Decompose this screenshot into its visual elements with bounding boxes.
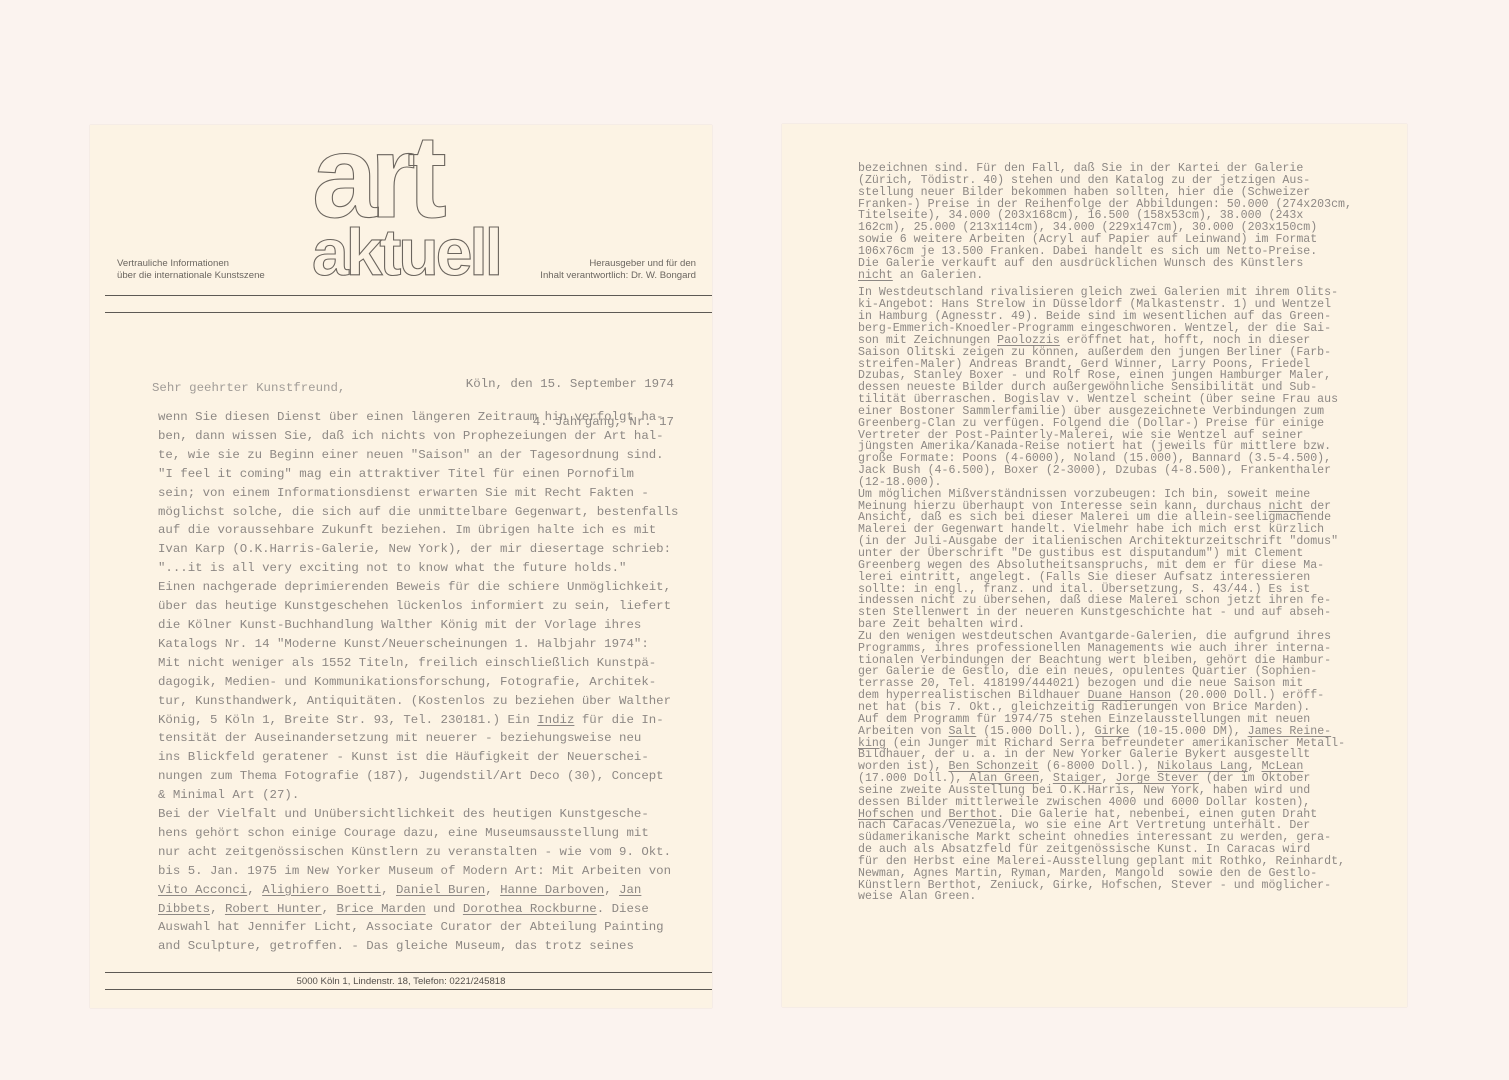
- text-line: Programms, ihres professionellen Managem…: [858, 643, 1352, 655]
- letter-body-continued: bezeichnen sind. Für den Fall, daß Sie i…: [858, 163, 1352, 903]
- masthead-tagline: Vertrauliche Informationen über die inte…: [117, 258, 265, 282]
- text-line: Einen nachgerade deprimierenden Beweis f…: [158, 578, 679, 597]
- text-line: weise Alan Green.: [858, 891, 1352, 903]
- underlined-name: Dibbets: [158, 902, 210, 916]
- text-line: nicht an Galerien.: [858, 270, 1352, 282]
- underlined-name: Alighiero Boetti: [262, 883, 381, 897]
- newsletter-page-1: art aktuell Vertrauliche Informationen ü…: [90, 125, 712, 1008]
- text-line: sein; von einem Informationsdienst erwar…: [158, 484, 679, 503]
- underlined-name: Daniel Buren: [396, 883, 485, 897]
- text-line: ins Blickfeld geratener - Kunst ist die …: [158, 748, 679, 767]
- text-line: son mit Zeichnungen Paolozzis eröffnet h…: [858, 335, 1352, 347]
- text-line: über das heutige Kunstgeschehen lückenlo…: [158, 597, 679, 616]
- underlined-name: James Reine-: [1248, 725, 1332, 738]
- text-line: hens gehört schon einige Courage dazu, e…: [158, 824, 679, 843]
- text-line: ben, dann wissen Sie, daß ich nichts von…: [158, 427, 679, 446]
- underlined-name: Indiz: [537, 713, 574, 727]
- masthead-publisher: Herausgeber und für den Inhalt verantwor…: [540, 258, 696, 282]
- text-line: Katalogs Nr. 14 "Moderne Kunst/Neuersche…: [158, 635, 679, 654]
- text-line: and Sculpture, getroffen. - Das gleiche …: [158, 937, 679, 956]
- text-line: nur acht zeitgenössischen Künstlern zu v…: [158, 843, 679, 862]
- text-line: Dibbets, Robert Hunter, Brice Marden und…: [158, 900, 679, 919]
- footer-address: 5000 Köln 1, Lindenstr. 18, Telefon: 022…: [90, 976, 712, 987]
- text-line: auf die voraussehbare Zukunft beziehen. …: [158, 521, 679, 540]
- underlined-name: Salt: [948, 725, 976, 738]
- text-line: die Kölner Kunst-Buchhandlung Walther Kö…: [158, 616, 679, 635]
- text-line: wenn Sie diesen Dienst über einen länger…: [158, 408, 679, 427]
- underlined-name: nicht: [858, 269, 893, 282]
- text-line: (Zürich, Tödistr. 40) stehen und den Kat…: [858, 175, 1352, 187]
- text-line: Zu den wenigen westdeutschen Avantgarde-…: [858, 631, 1352, 643]
- letter-body: wenn Sie diesen Dienst über einen länger…: [158, 408, 679, 956]
- underlined-name: Vito Acconci: [158, 883, 247, 897]
- text-line: Ivan Karp (O.K.Harris-Galerie, New York)…: [158, 540, 679, 559]
- text-line: König, 5 Köln 1, Breite Str. 93, Tel. 23…: [158, 711, 679, 730]
- text-line: Mit nicht weniger als 1552 Titeln, freil…: [158, 654, 679, 673]
- text-line: 106x76cm je 13.500 Franken. Dabei handel…: [858, 246, 1352, 258]
- underlined-name: Robert Hunter: [225, 902, 322, 916]
- text-line: te, wie sie zu Beginn einer neuen "Saiso…: [158, 446, 679, 465]
- logo-art-text: art: [312, 127, 439, 227]
- text-line: seine zweite Ausstellung bei O.K.Harris,…: [858, 785, 1352, 797]
- text-line: Die Galerie verkauft auf den ausdrücklic…: [858, 258, 1352, 270]
- header-rule: [105, 295, 712, 296]
- text-line: dessen Bilder mittlerweile zwischen 4000…: [858, 797, 1352, 809]
- text-line: (12-18.000).: [858, 477, 1352, 489]
- footer-rule: [105, 972, 712, 973]
- publisher-line: Herausgeber und für den: [540, 258, 696, 270]
- underlined-name: Brice Marden: [336, 902, 425, 916]
- text-line: Arbeiten von Salt (15.000 Doll.), Girke …: [858, 726, 1352, 738]
- text-line: für den Herbst eine Malerei-Ausstellung …: [858, 856, 1352, 868]
- text-line: bis 5. Jan. 1975 im New Yorker Museum of…: [158, 862, 679, 881]
- underlined-name: Dorothea Rockburne: [463, 902, 597, 916]
- text-line: "I feel it coming" mag ein attraktiver T…: [158, 465, 679, 484]
- text-line: Auswahl hat Jennifer Licht, Associate Cu…: [158, 918, 679, 937]
- text-line: lerei eintritt, angelegt. (Falls Sie die…: [858, 572, 1352, 584]
- underlined-name: Paolozzis: [997, 334, 1060, 347]
- text-line: stellung neuer Bilder bekommen haben sol…: [858, 187, 1352, 199]
- text-line: tur, Kunsthandwerk, Antiquitäten. (Koste…: [158, 692, 679, 711]
- text-line: möglichst solche, die sich auf die unmit…: [158, 503, 679, 522]
- text-line: Newman, Agnes Martin, Ryman, Marden, Man…: [858, 868, 1352, 880]
- text-line: Saison Olitski zeigen zu können, außerde…: [858, 347, 1352, 359]
- underlined-name: Girke: [1095, 725, 1130, 738]
- text-line: "...it is all very exciting not to know …: [158, 559, 679, 578]
- tagline-line: Vertrauliche Informationen: [117, 258, 265, 270]
- text-line: Greenberg wegen des Absolutheitsanspruch…: [858, 560, 1352, 572]
- text-line: & Minimal Art (27).: [158, 786, 679, 805]
- text-line: Vito Acconci, Alighiero Boetti, Daniel B…: [158, 881, 679, 900]
- header-rule: [105, 312, 712, 313]
- logo-aktuell-text: aktuell: [312, 219, 500, 285]
- publisher-line: Inhalt verantwortlich: Dr. W. Bongard: [540, 270, 696, 282]
- tagline-line: über die internationale Kunstszene: [117, 270, 265, 282]
- text-line: tensität der Auseinandersetzung mit neue…: [158, 729, 679, 748]
- text-line: Greenberg-Clan zu verfügen. Folgend die …: [858, 418, 1352, 430]
- date-text: Köln, den 15. September 1974: [466, 378, 674, 391]
- text-line: nungen zum Thema Fotografie (187), Jugen…: [158, 767, 679, 786]
- newsletter-page-2: bezeichnen sind. Für den Fall, daß Sie i…: [782, 124, 1407, 1007]
- text-line: Bei der Vielfalt und Unübersichtlichkeit…: [158, 805, 679, 824]
- footer-rule: [105, 989, 712, 990]
- salutation: Sehr geehrter Kunstfreund,: [152, 381, 345, 395]
- underlined-name: Jan: [619, 883, 641, 897]
- underlined-name: Hanne Darboven: [500, 883, 604, 897]
- text-line: dagogik, Medien- und Kommunikationsforsc…: [158, 673, 679, 692]
- text-line: einer Bostoner Sammlerfamilie) über ausg…: [858, 406, 1352, 418]
